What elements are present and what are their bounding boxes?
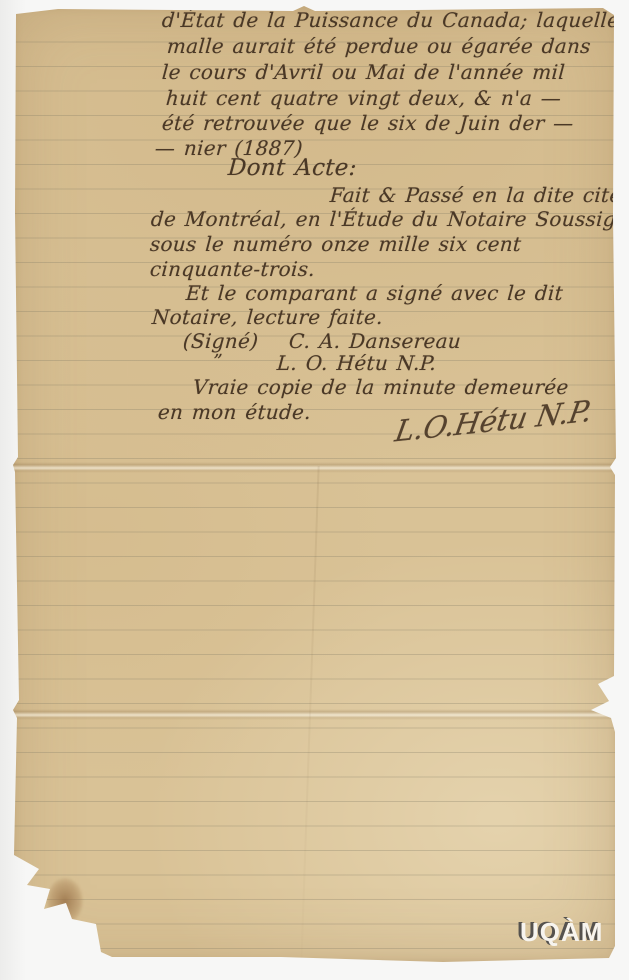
handwritten-line: d'État de la Puissance du Canada; laquel… xyxy=(161,8,620,32)
handwritten-line: le cours d'Avril ou Mai de l'année mil xyxy=(161,60,566,84)
handwritten-line: été retrouvée que le six de Juin der — xyxy=(161,111,574,135)
uqam-watermark: UQÀM xyxy=(520,917,603,948)
handwritten-line: Vraie copie de la minute demeurée xyxy=(192,375,569,399)
handwritten-line: en mon étude. xyxy=(157,400,312,424)
handwritten-line: huit cent quatre vingt deux, & n'a — xyxy=(165,86,562,110)
handwritten-line: sous le numéro onze mille six cent xyxy=(149,232,522,256)
handwritten-line: ” xyxy=(212,350,223,374)
handwritten-line: de Montréal, en l'Étude du Notaire Souss… xyxy=(150,207,629,231)
handwritten-line: Notaire, lecture faite. xyxy=(151,305,384,329)
handwritten-line: malle aurait été perdue ou égarée dans xyxy=(166,34,591,58)
handwritten-line: C. A. Dansereau xyxy=(288,329,462,353)
handwritten-text-block: d'État de la Puissance du Canada; laquel… xyxy=(13,6,617,962)
handwritten-line: L. O. Hétu N.P. xyxy=(276,351,437,375)
handwritten-line: cinquante-trois. xyxy=(149,257,316,281)
handwritten-line: Dont Acte: xyxy=(227,156,357,180)
handwritten-line: Et le comparant a signé avec le dit xyxy=(185,281,564,305)
scanned-document: d'État de la Puissance du Canada; laquel… xyxy=(0,0,629,980)
handwritten-line: Fait & Passé en la dite cité xyxy=(329,183,622,207)
paper-sheet: d'État de la Puissance du Canada; laquel… xyxy=(13,6,617,962)
